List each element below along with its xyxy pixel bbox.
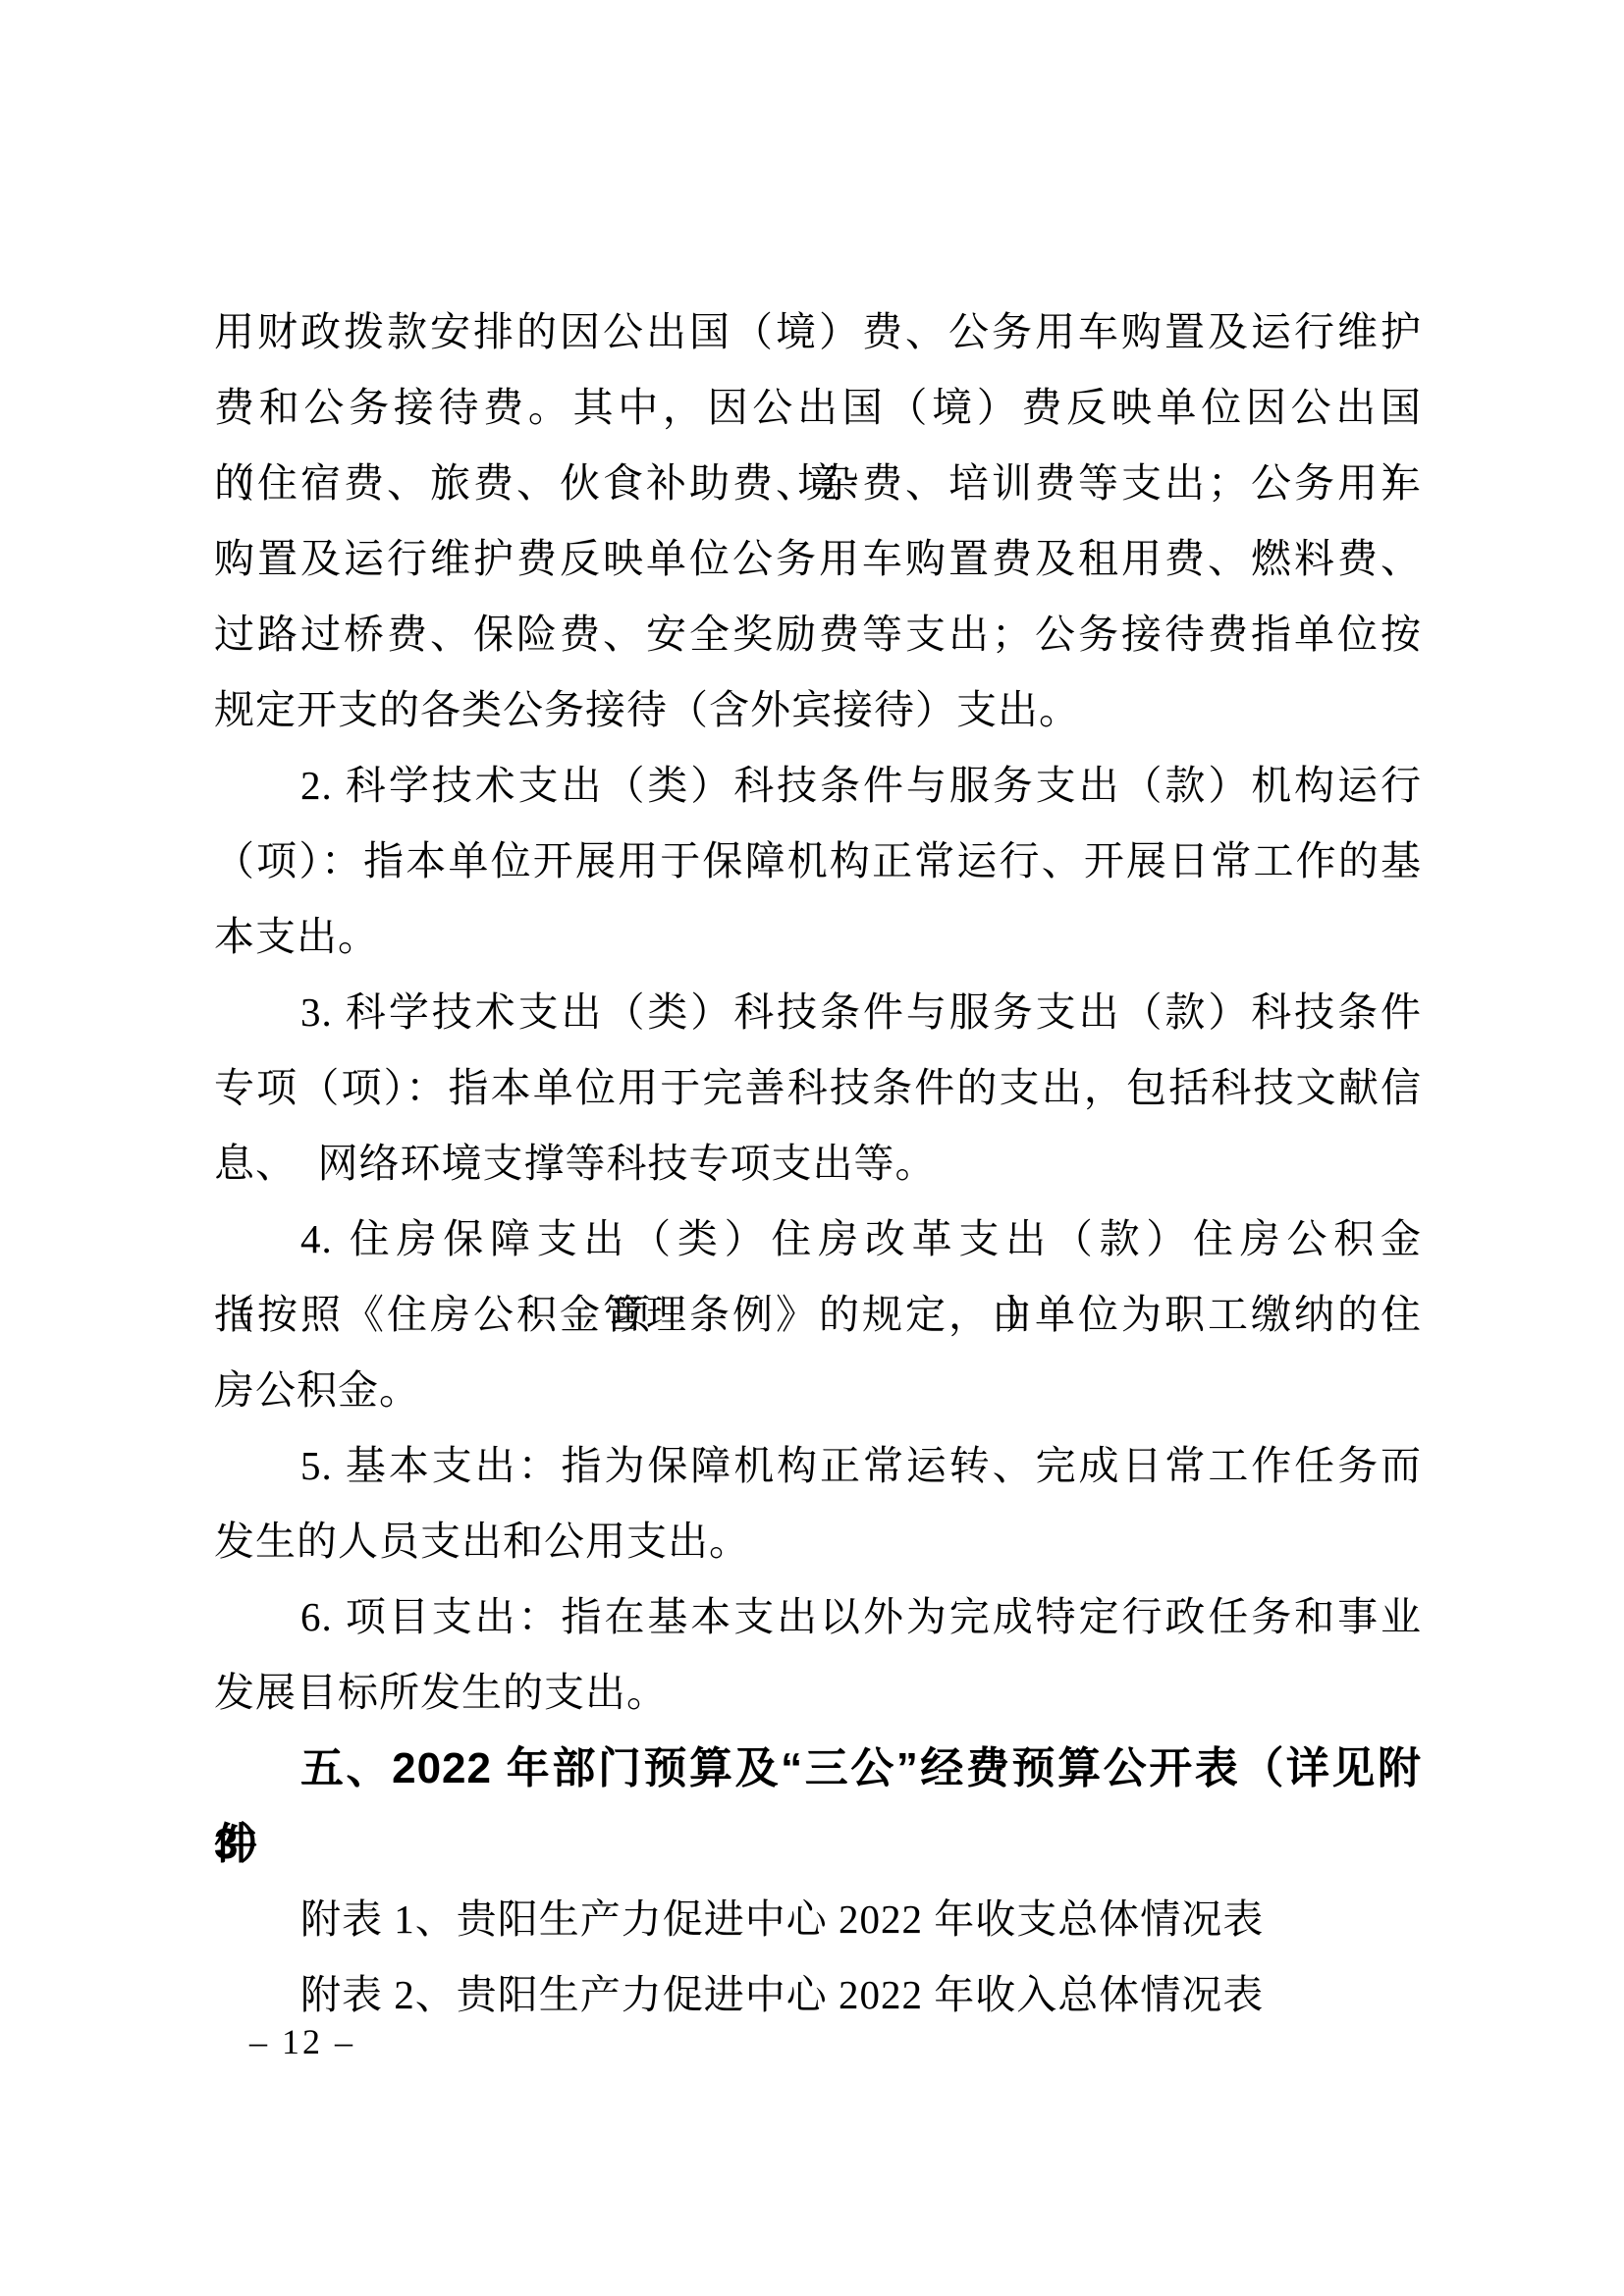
text-line: 购置及运行维护费反映单位公务用车购置费及租用费、燃料费、: [214, 521, 1422, 597]
paragraph: 用财政拨款安排的因公出国（境）费、公务用车购置及运行维护费和公务接待费。其中，因…: [214, 294, 1422, 748]
paragraph: 附表 2、贵阳生产力促进中心 2022 年收入总体情况表: [214, 1957, 1422, 2033]
paragraph: 5. 基本支出：指为保障机构正常运转、完成日常工作任务而发生的人员支出和公用支出…: [214, 1428, 1422, 1579]
text-line: 5. 基本支出：指为保障机构正常运转、完成日常工作任务而: [214, 1428, 1422, 1504]
text-line: 6. 项目支出：指在基本支出以外为完成特定行政任务和事业: [214, 1579, 1422, 1655]
text-line: （项）：指本单位开展用于保障机构正常运行、开展日常工作的基: [214, 824, 1422, 899]
page-number: – 12 –: [249, 2020, 355, 2063]
paragraph: 6. 项目支出：指在基本支出以外为完成特定行政任务和事业发展目标所发生的支出。: [214, 1579, 1422, 1731]
text-line: 规定开支的各类公务接待（含外宾接待）支出。: [214, 672, 1422, 748]
text-line: 专项（项）：指本单位用于完善科技条件的支出，包括科技文献信: [214, 1050, 1422, 1126]
text-line: 2. 科学技术支出（类）科技条件与服务支出（款）机构运行: [214, 748, 1422, 824]
text-line: 息、 网络环境支撑等科技专项支出等。: [214, 1126, 1422, 1201]
text-line: 发生的人员支出和公用支出。: [214, 1504, 1422, 1579]
text-line: 过路过桥费、保险费、安全奖励费等支出；公务接待费指单位按: [214, 597, 1422, 672]
document-body: 用财政拨款安排的因公出国（境）费、公务用车购置及运行维护费和公务接待费。其中，因…: [214, 294, 1422, 2033]
text-line: 附表 1、贵阳生产力促进中心 2022 年收支总体情况表: [214, 1882, 1422, 1957]
text-line: 发展目标所发生的支出。: [214, 1655, 1422, 1731]
text-line: 3. 科学技术支出（类）科技条件与服务支出（款）科技条件: [214, 975, 1422, 1050]
section-heading: 五、2022 年部门预算及“三公”经费预算公开表（详见附件3）: [214, 1731, 1422, 1882]
text-line: 五、2022 年部门预算及“三公”经费预算公开表（详见附件: [214, 1731, 1422, 1806]
text-line: 指按照《住房公积金管理条例》的规定，由单位为职工缴纳的住: [214, 1277, 1422, 1353]
paragraph: 4. 住房保障支出（类）住房改革支出（款）住房公积金（项）：指按照《住房公积金管…: [214, 1201, 1422, 1428]
document-page: 用财政拨款安排的因公出国（境）费、公务用车购置及运行维护费和公务接待费。其中，因…: [0, 0, 1624, 2296]
paragraph: 3. 科学技术支出（类）科技条件与服务支出（款）科技条件专项（项）：指本单位用于…: [214, 975, 1422, 1201]
text-line: 附表 2、贵阳生产力促进中心 2022 年收入总体情况表: [214, 1957, 1422, 2033]
paragraph: 2. 科学技术支出（类）科技条件与服务支出（款）机构运行（项）：指本单位开展用于…: [214, 748, 1422, 975]
paragraph: 附表 1、贵阳生产力促进中心 2022 年收支总体情况表: [214, 1882, 1422, 1957]
text-line: 3）: [214, 1806, 1422, 1882]
text-line: 本支出。: [214, 899, 1422, 975]
text-line: 的住宿费、旅费、伙食补助费、杂费、培训费等支出；公务用车: [214, 446, 1422, 521]
text-line: 4. 住房保障支出（类）住房改革支出（款）住房公积金（项）：: [214, 1201, 1422, 1277]
text-line: 房公积金。: [214, 1353, 1422, 1428]
text-line: 用财政拨款安排的因公出国（境）费、公务用车购置及运行维护: [214, 294, 1422, 370]
text-line: 费和公务接待费。其中，因公出国（境）费反映单位因公出国（境）: [214, 370, 1422, 446]
